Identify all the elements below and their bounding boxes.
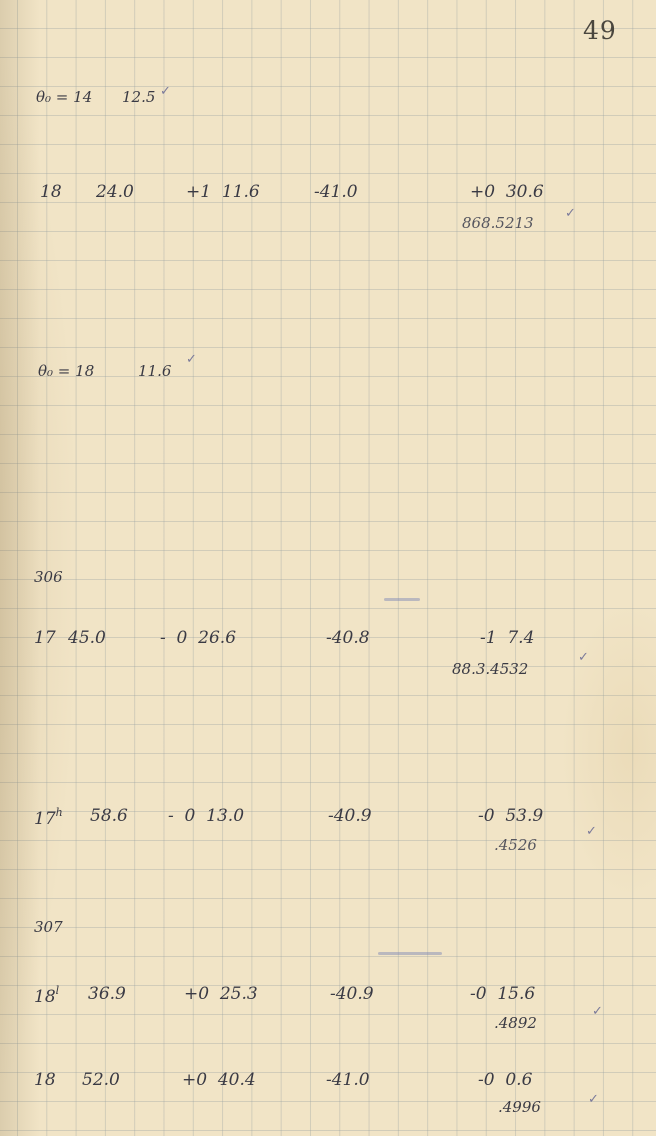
check-mark-icon: ✓ (592, 1004, 603, 1019)
entry-seconds: 52.0 (82, 1070, 120, 1090)
theta0-value: 12.5 (122, 88, 155, 106)
entry-temp: -41.0 (314, 182, 358, 202)
paper-stain (560, 600, 656, 900)
check-mark-icon: ✓ (160, 84, 171, 99)
entry-temp: -40.9 (330, 984, 374, 1004)
check-mark-icon: ✓ (565, 206, 576, 221)
entry-correction: +1 11.6 (186, 182, 260, 202)
entry-hour: 18 (34, 1070, 56, 1090)
entry-sub-value: .4996 (498, 1098, 541, 1116)
entry-sub-value: .4526 (494, 836, 537, 854)
entry-temp: -40.9 (328, 806, 372, 826)
entry-sub-value: 88.3.4532 (452, 660, 528, 678)
hour-superscript: h (56, 806, 63, 819)
entry-result: -1 7.4 (480, 628, 534, 648)
section-label: 306 (34, 568, 63, 586)
entry-correction: - 0 13.0 (168, 806, 244, 826)
hour-value: 18 (34, 987, 56, 1007)
check-mark-icon: ✓ (588, 1092, 599, 1107)
section-label: 307 (34, 918, 63, 936)
theta0-value: 11.6 (138, 362, 171, 380)
hour-superscript: l (56, 984, 60, 997)
entry-temp: -41.0 (326, 1070, 370, 1090)
entry-correction: - 0 26.6 (160, 628, 236, 648)
entry-result: -0 0.6 (478, 1070, 532, 1090)
entry-correction: +0 40.4 (182, 1070, 256, 1090)
entry-sub-value: .4892 (494, 1014, 537, 1032)
theta0-label: θ₀ = 14 (36, 88, 92, 106)
hour-value: 17 (34, 809, 56, 829)
entry-result: +0 30.6 (470, 182, 544, 202)
check-mark-icon: ✓ (578, 650, 589, 665)
pencil-mark (384, 598, 420, 601)
entry-temp: -40.8 (326, 628, 370, 648)
entry-hour: 17 (34, 628, 56, 648)
entry-hour: 18l (34, 984, 59, 1007)
entry-result: -0 53.9 (478, 806, 543, 826)
entry-result: -0 15.6 (470, 984, 535, 1004)
pencil-mark (378, 952, 442, 955)
entry-hour: 17h (34, 806, 63, 829)
check-mark-icon: ✓ (586, 824, 597, 839)
entry-sub-value: 868.5213 (462, 214, 534, 232)
page-number: 49 (583, 16, 617, 45)
entry-hour: 18 (40, 182, 62, 202)
notebook-page: 49 θ₀ = 14 12.5 ✓ 18 24.0 +1 11.6 -41.0 … (0, 0, 656, 1136)
entry-correction: +0 25.3 (184, 984, 258, 1004)
entry-seconds: 36.9 (88, 984, 126, 1004)
check-mark-icon: ✓ (186, 352, 197, 367)
entry-seconds: 45.0 (68, 628, 106, 648)
entry-seconds: 24.0 (96, 182, 134, 202)
entry-seconds: 58.6 (90, 806, 128, 826)
theta0-label: θ₀ = 18 (38, 362, 94, 380)
